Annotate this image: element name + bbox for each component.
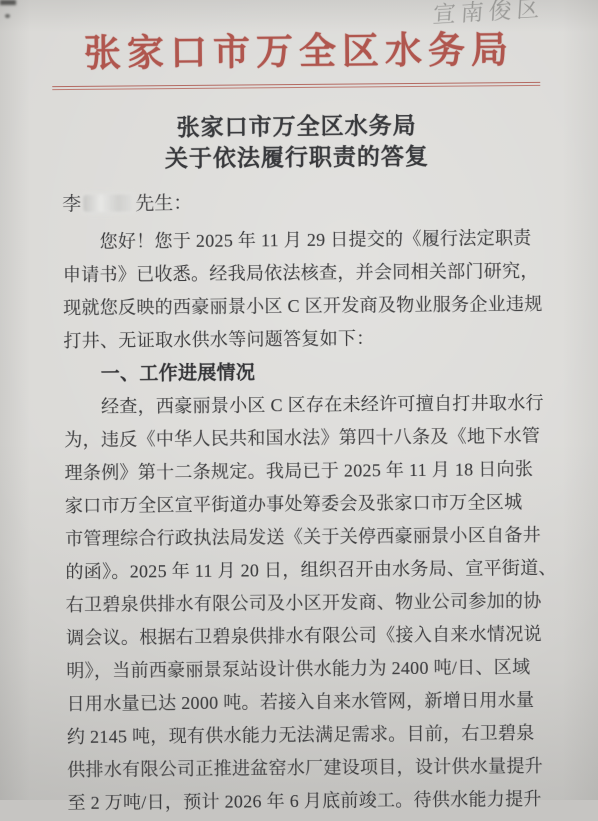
- body-line: 您好！您于 2025 年 11 月 29 日提交的《履行法定职责: [62, 222, 548, 259]
- redacted-name: [83, 194, 133, 211]
- body-line: 经查，西豪丽景小区 C 区存在未经许可擅自打井取水行: [64, 387, 550, 424]
- salutation-surname: 李: [62, 194, 81, 215]
- body-line: 右卫碧泉供排水有限公司及小区开发商、物业公司参加的协: [66, 585, 552, 622]
- body-line: 现就您反映的西豪丽景小区 C 区开发商及物业服务企业违规: [63, 288, 549, 325]
- section-heading: 一、工作进展情况: [64, 354, 550, 391]
- body-line: 供排水有限公司正推进盆窑水厂建设项目，设计供水量提升: [67, 750, 553, 787]
- body-line: 理条例》第十二条规定。我局已于 2025 年 11 月 18 日向张: [64, 453, 550, 490]
- letter-body: 您好！您于 2025 年 11 月 29 日提交的《履行法定职责申请书》已收悉。…: [62, 222, 553, 800]
- body-line: 为，违反《中华人民共和国水法》第四十八条及《地下水管: [64, 420, 550, 457]
- body-line: 的函》。2025 年 11 月 20 日，组织召开由水务局、宣平街道、: [65, 552, 551, 589]
- body-line: 明》，当前西豪丽景泵站设计供水能力为 2400 吨/日、区域: [66, 651, 552, 688]
- body-line: 打井、无证取水供水等问题答复如下：: [63, 321, 549, 358]
- body-line: 调会议。根据右卫碧泉供排水有限公司《接入自来水情况说: [66, 618, 552, 655]
- body-line: 约 2145 吨，现有供水能力无法满足需求。目前，右卫碧泉: [67, 717, 553, 754]
- scanned-document-page: 宣南俊区 张家口市万全区水务局 张家口市万全区水务局 关于依法履行职责的答复 李…: [0, 0, 598, 800]
- document-title: 张家口市万全区水务局 关于依法履行职责的答复: [0, 108, 596, 175]
- letterhead-rule: [52, 82, 540, 90]
- document-content: 宣南俊区 张家口市万全区水务局 张家口市万全区水务局 关于依法履行职责的答复 李…: [0, 0, 598, 800]
- document-title-line2: 关于依法履行职责的答复: [0, 139, 596, 175]
- salutation-honorific: 先生：: [135, 193, 192, 214]
- body-line: 日用水量已达 2000 吨。若接入自来水管网，新增日用水量: [67, 684, 553, 721]
- body-line: 家口市万全区宣平街道办事处筹委会及张家口市万全区城: [65, 486, 551, 523]
- letterhead-org-name: 张家口市万全区水务局: [0, 18, 595, 77]
- body-line: 申请书》已收悉。经我局依法核查，并会同相关部门研究，: [63, 255, 549, 292]
- body-line: 市管理综合行政执法局发送《关于关停西豪丽景小区自备井: [65, 519, 551, 556]
- salutation: 李先生：: [62, 187, 596, 218]
